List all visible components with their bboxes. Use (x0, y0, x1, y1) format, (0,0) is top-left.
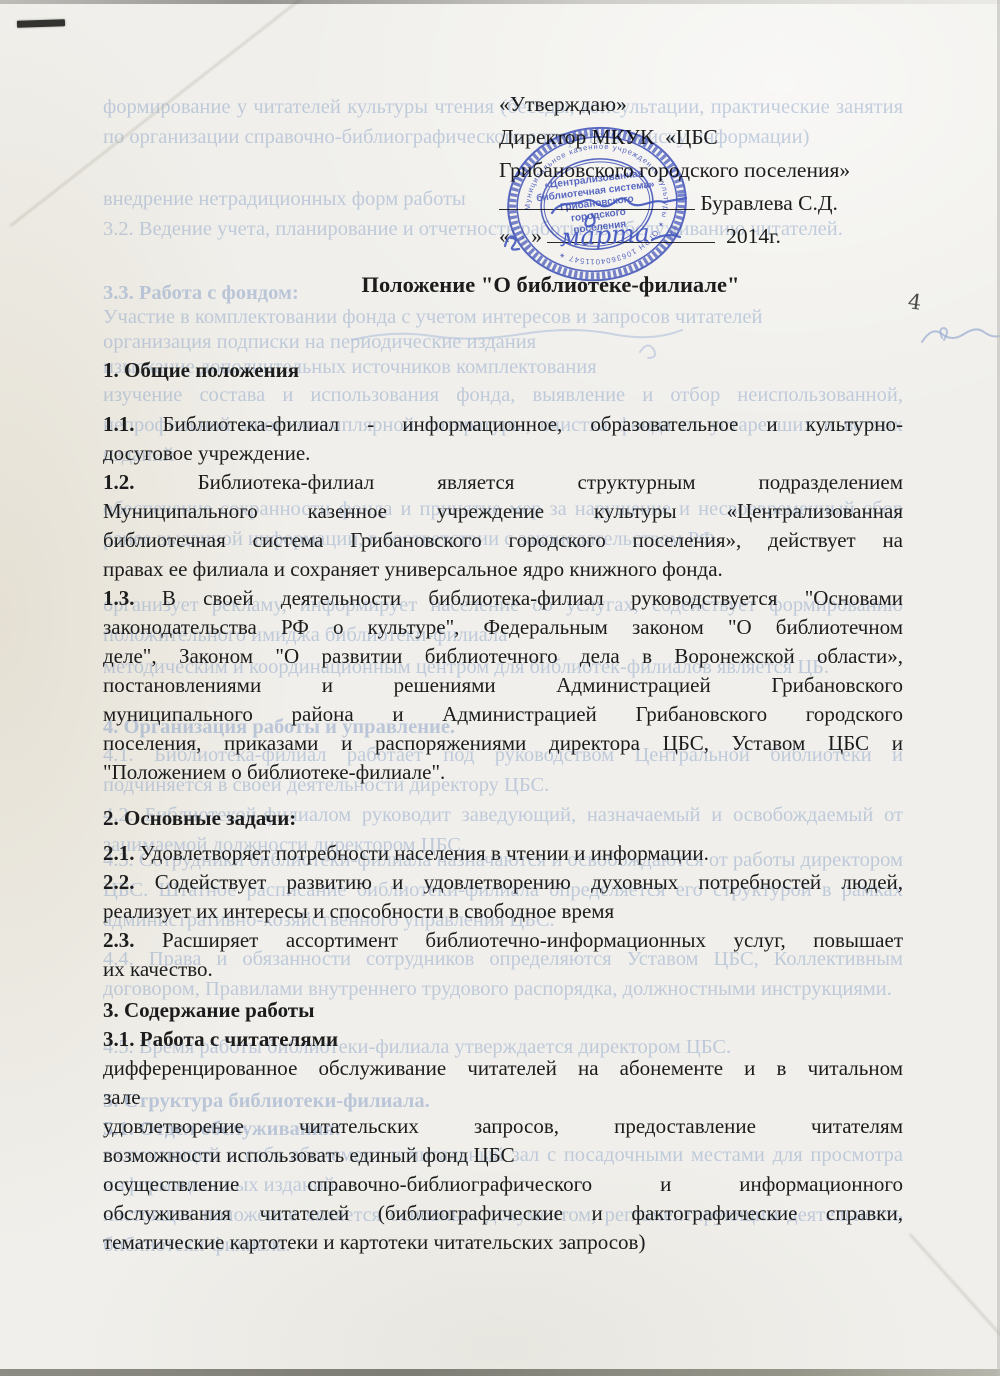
year: 2014г. (726, 224, 781, 248)
scan-edge-bottom (0, 1369, 1000, 1376)
doc-line: библиотечная система Грибановского город… (103, 526, 903, 555)
doc-line-text: их качество. (103, 957, 213, 981)
doc-line: 2.2. Содействует развитию и удовлетворен… (103, 868, 903, 897)
doc-line-text: Удовлетворяет потребности населения в чт… (135, 841, 709, 865)
paper-crease (909, 1233, 1000, 1368)
doc-line-text: муниципального района и Администрацией Г… (103, 702, 903, 726)
margin-scribble (922, 329, 1000, 342)
doc-line-text: библиотечная система Грибановского город… (103, 528, 903, 552)
document-body: 1. Общие положения 1.1. Библиотека-филиа… (103, 356, 903, 1257)
doc-line: осуществление справочно-библиографическо… (103, 1170, 903, 1199)
doc-line: 2.3. Расширяет ассортимент библиотечно-и… (103, 926, 903, 955)
doc-line: обслуживания читателей (библиографически… (103, 1199, 903, 1228)
margin-scribble-loop (940, 328, 947, 340)
item-number: 2.2. (103, 870, 135, 894)
doc-line: поселения, приказами и распоряжениями ди… (103, 729, 903, 758)
section-3-1-heading: 3.1. Работа с читателями (103, 1025, 903, 1054)
doc-line-text: удовлетворение читательских запросов, пр… (103, 1114, 903, 1138)
doc-line: тематические картотеки и картотеки читат… (103, 1228, 903, 1257)
document-title: Положение "О библиотеке-филиале" (103, 272, 903, 298)
approval-word: «Утверждаю» (499, 88, 909, 121)
section-2-heading: 2. Основные задачи: (103, 804, 903, 833)
doc-line-text: осуществление справочно-библиографическо… (103, 1172, 903, 1196)
doc-line: реализует их интересы и способности в св… (103, 897, 903, 926)
scanned-document-page: формирование у читателей культуры чтения… (0, 0, 1000, 1376)
signer-name: Буравлева С.Д. (700, 191, 838, 215)
doc-line-text: Библиотека-филиал является структурным п… (135, 470, 904, 494)
doc-line: 2.1. Удовлетворяет потребности населения… (103, 839, 903, 868)
section-3-heading: 3. Содержание работы (103, 996, 903, 1025)
staple-mark (17, 19, 65, 28)
doc-line: возможности использовать единый фонд ЦБС (103, 1141, 903, 1170)
doc-line-text: "Положением о библиотеке-филиале". (103, 760, 445, 784)
doc-line-text: тематические картотеки и картотеки читат… (103, 1230, 645, 1254)
doc-line: 1.2. Библиотека-филиал является структур… (103, 468, 903, 497)
scan-edge-top (0, 0, 1000, 4)
doc-line-text: Расширяет ассортимент библиотечно-информ… (135, 928, 904, 952)
doc-line: законодательства РФ о культуре", Федерал… (103, 613, 903, 642)
doc-line-text: Содействует развитию и удовлетворению ду… (135, 870, 904, 894)
item-number: 2.3. (103, 928, 135, 952)
doc-line-text: реализует их интересы и способности в св… (103, 899, 614, 923)
item-number: 1.2. (103, 470, 135, 494)
doc-line: удовлетворение читательских запросов, пр… (103, 1112, 903, 1141)
doc-line-text: Библиотека-филиал - информационное, обра… (135, 412, 904, 436)
doc-line-text: законодательства РФ о культуре", Федерал… (103, 615, 903, 639)
doc-line-text: зале (103, 1085, 141, 1109)
doc-line: зале (103, 1083, 903, 1112)
official-stamp: Муниципальное казенное учреждение культу… (490, 109, 704, 300)
doc-line: "Положением о библиотеке-филиале". (103, 758, 903, 787)
doc-line: постановлениями и решениями Администраци… (103, 671, 903, 700)
doc-line-text: Муниципального казенное учреждение культ… (103, 499, 903, 523)
item-number: 1.3. (103, 586, 135, 610)
doc-line: 1.3. В своей деятельности библиотека-фил… (103, 584, 903, 613)
doc-line-text: деле", Законом "О развитии библиотечного… (103, 644, 903, 668)
doc-line-text: обслуживания читателей (библиографически… (103, 1201, 903, 1225)
section-1-heading: 1. Общие положения (103, 356, 903, 385)
doc-line: правах ее филиала и сохраняет универсаль… (103, 555, 903, 584)
doc-line: деле", Законом "О развитии библиотечного… (103, 642, 903, 671)
doc-line: дифференцированное обслуживание читателе… (103, 1054, 903, 1083)
doc-line: Муниципального казенное учреждение культ… (103, 497, 903, 526)
doc-line-text: дифференцированное обслуживание читателе… (103, 1056, 903, 1080)
doc-line: досуговое учреждение. (103, 439, 903, 468)
doc-line-text: правах ее филиала и сохраняет универсаль… (103, 557, 723, 581)
doc-line-text: постановлениями и решениями Администраци… (103, 673, 903, 697)
doc-line: муниципального района и Администрацией Г… (103, 700, 903, 729)
doc-line-text: досуговое учреждение. (103, 441, 310, 465)
doc-line: их качество. (103, 955, 903, 984)
handwritten-page-number: 4 (906, 289, 923, 315)
doc-line-text: возможности использовать единый фонд ЦБС (103, 1143, 515, 1167)
item-number: 2.1. (103, 841, 135, 865)
doc-line-text: В своей деятельности библиотека-филиал р… (135, 586, 904, 610)
doc-line-text: поселения, приказами и распоряжениями ди… (103, 731, 903, 755)
doc-line: 1.1. Библиотека-филиал - информационное,… (103, 410, 903, 439)
item-number: 1.1. (103, 412, 135, 436)
